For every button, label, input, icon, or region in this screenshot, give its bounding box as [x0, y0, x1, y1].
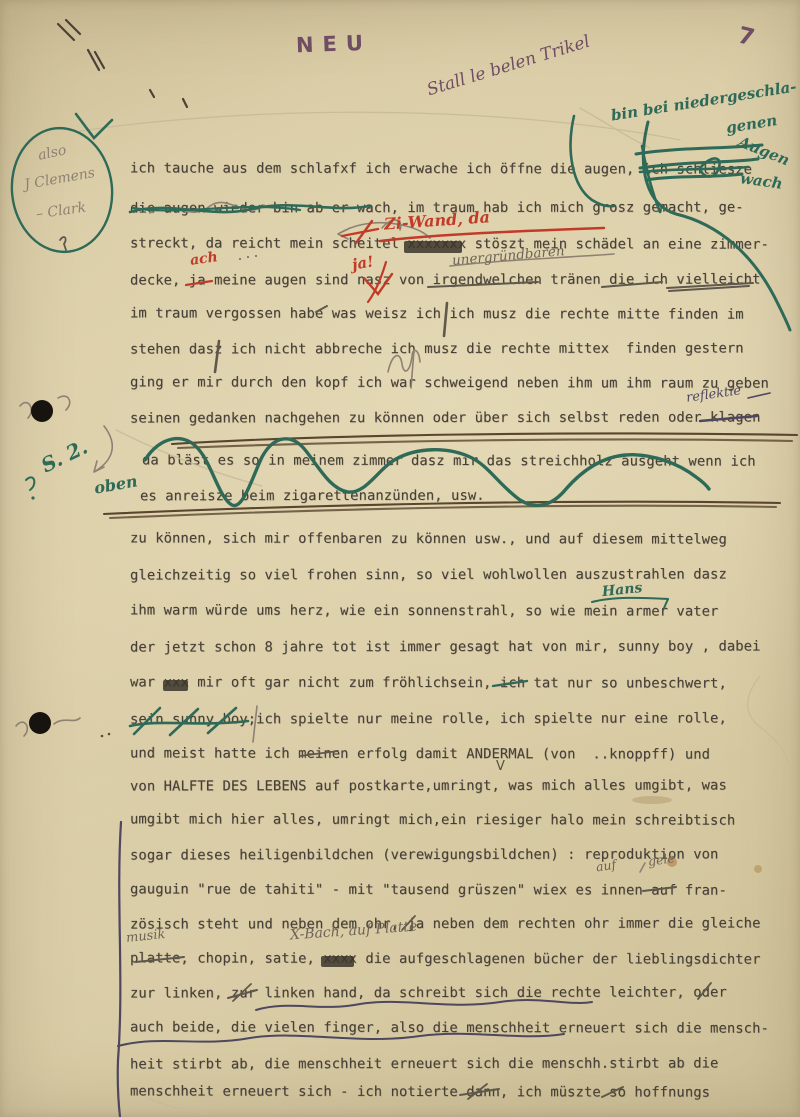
typed-line-8: seinen gedanken nachgehen zu können oder… [130, 411, 761, 426]
typed-line-19: umgibt mich hier alles, umringt mich,ein… [130, 813, 735, 828]
punch-hole [31, 400, 53, 422]
typed-line-17: und meist hatte ich meinen erfolg damit … [130, 747, 710, 762]
circle-note-line-3: – Clark [35, 201, 87, 222]
red-correction-ach: ach [189, 250, 218, 268]
green-page-ref-2: oben [93, 473, 139, 496]
typed-line-6: stehen dasz ich nicht abbreche ich musz … [130, 342, 744, 357]
punch-hole [29, 712, 51, 734]
header-note-neu: NEU [296, 33, 373, 57]
typed-line-21: gauguin "rue de tahiti" - mit "tausend g… [130, 883, 727, 898]
dark-strikethroughs [60, 237, 753, 1099]
typed-line-5: im traum vergossen habe was weisz ich ic… [130, 307, 744, 322]
circle-note-line-2: J Clemens [23, 166, 96, 192]
green-page-ref-1: S. 2. [38, 436, 90, 475]
typed-line-13: ihm warm würde ums herz, wie ein sonnens… [130, 604, 718, 619]
typed-line-20: sogar dieses heiligenbildchen (verewigun… [130, 848, 718, 863]
typed-line-9: da bläst es so in meinem zimmer dasz mir… [142, 454, 756, 469]
separator-rules [104, 433, 797, 518]
typed-line-26: heit stirbt ab, die menschheit erneuert … [130, 1057, 718, 1072]
typed-line-7: ging er mir durch den kopf ich war schwe… [130, 376, 769, 391]
typed-line-1: ich tauche aus dem schlafxf ich erwache … [130, 162, 752, 177]
red-correction-ja: ja! [351, 254, 375, 273]
green-wake-note-4: wach [739, 171, 783, 192]
red-correction-wall: Zi-Wand, da [384, 209, 491, 232]
typed-line-22: zösisch steht und neben dem ohr, ja nebe… [130, 917, 761, 932]
manuscript-page: ich tauche aus dem schlafxf ich erwache … [0, 0, 800, 1117]
typed-line-14: der jetzt schon 8 jahre tot ist immer ge… [130, 640, 761, 655]
typed-line-10: es anreisze beim zigarettenanzünden, usw… [140, 490, 485, 504]
green-insert-hans: Hans [601, 581, 643, 599]
green-wake-note-2: genen [725, 113, 778, 136]
overstrike-blot [321, 956, 354, 967]
typed-line-15: war xxx mir oft gar nicht zum fröhlichse… [130, 676, 727, 691]
margin-vertical-line [118, 822, 121, 1117]
pencil-note-musik: musik [125, 928, 166, 945]
pencil-correction-auf: auf [595, 859, 617, 874]
typed-line-4: decke, ja meine augen sind nasz von irge… [130, 273, 761, 288]
green-arrow [76, 114, 112, 138]
typed-line-27: menschheit erneuert sich - ich notierte … [130, 1085, 710, 1100]
insert-caret: V [496, 760, 505, 773]
purple-margin-note: Stall le belen Trikel [425, 34, 592, 100]
pencil-correction-gele: gele [647, 852, 675, 868]
typed-line-25: auch beide, die vielen finger, also die … [130, 1021, 769, 1036]
overstrike-blot [404, 241, 462, 253]
typed-line-18: von HALFTE DES LEBENS auf postkarte,umri… [130, 779, 727, 794]
typed-line-11: zu können, sich mir offenbaren zu können… [130, 532, 727, 547]
typed-line-23: platte, chopin, satie, xxxx die aufgesch… [130, 952, 761, 967]
circle-note-line-1: also [37, 143, 68, 163]
page-number: 7 [735, 24, 756, 50]
red-ink-marks [186, 221, 604, 302]
typed-line-16: sein sunny boy;ich spielte nur meine rol… [130, 712, 727, 727]
typed-line-24: zur linken, zur linken hand, da schreibt… [130, 986, 727, 1001]
corner-pencil-marks [58, 20, 187, 107]
overstrike-blot [163, 680, 188, 691]
